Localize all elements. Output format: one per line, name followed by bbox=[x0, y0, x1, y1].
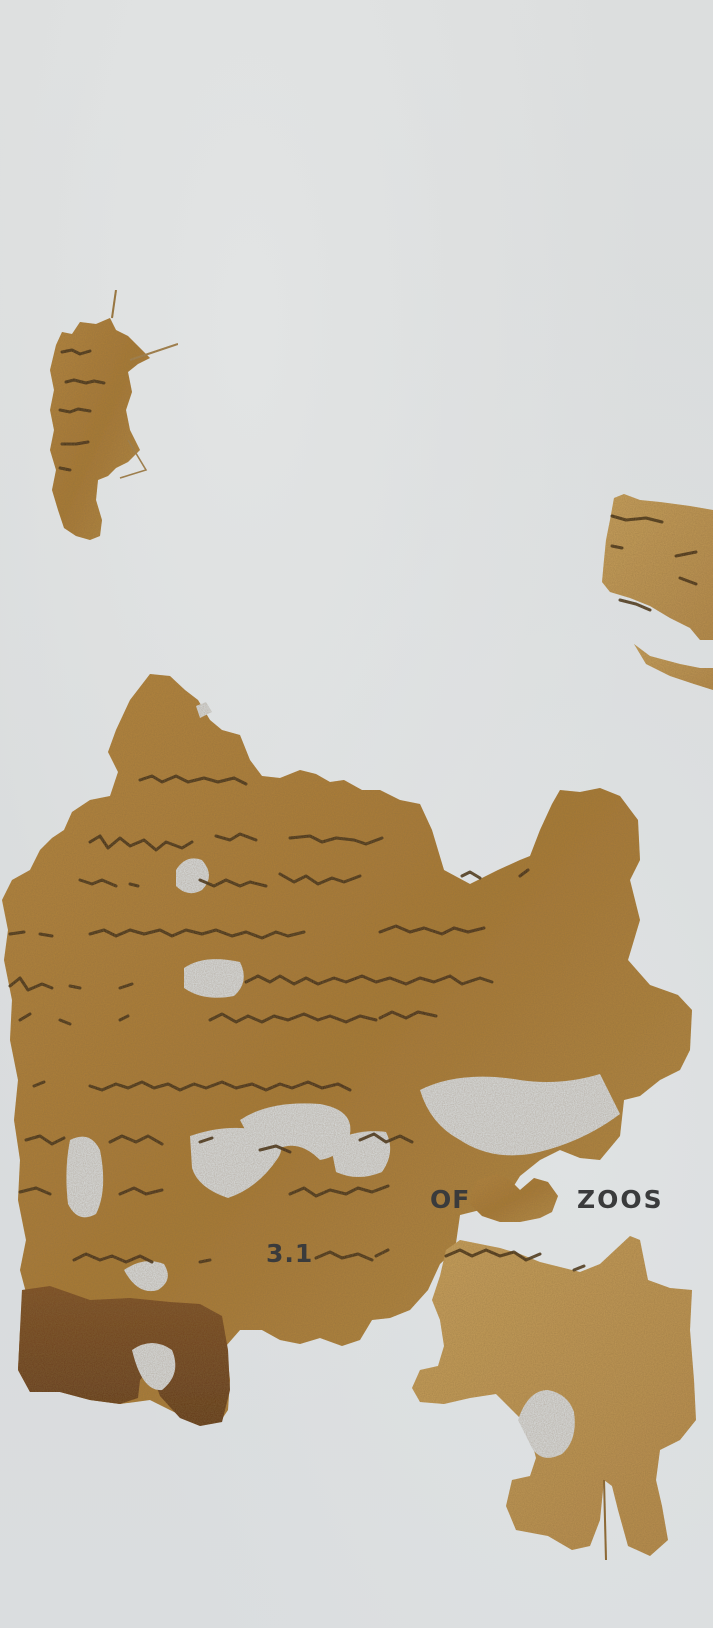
overlay-number: 3.1 bbox=[266, 1241, 313, 1266]
fragment-right-edge bbox=[602, 494, 713, 690]
papyrus-fragments-scene bbox=[0, 0, 713, 1628]
small-fragment-top-left bbox=[50, 290, 178, 540]
fragment-bottom-right bbox=[412, 1236, 696, 1560]
overlay-word-zoos: ZOOS bbox=[577, 1187, 664, 1212]
overlay-word-of: OF bbox=[430, 1187, 470, 1212]
